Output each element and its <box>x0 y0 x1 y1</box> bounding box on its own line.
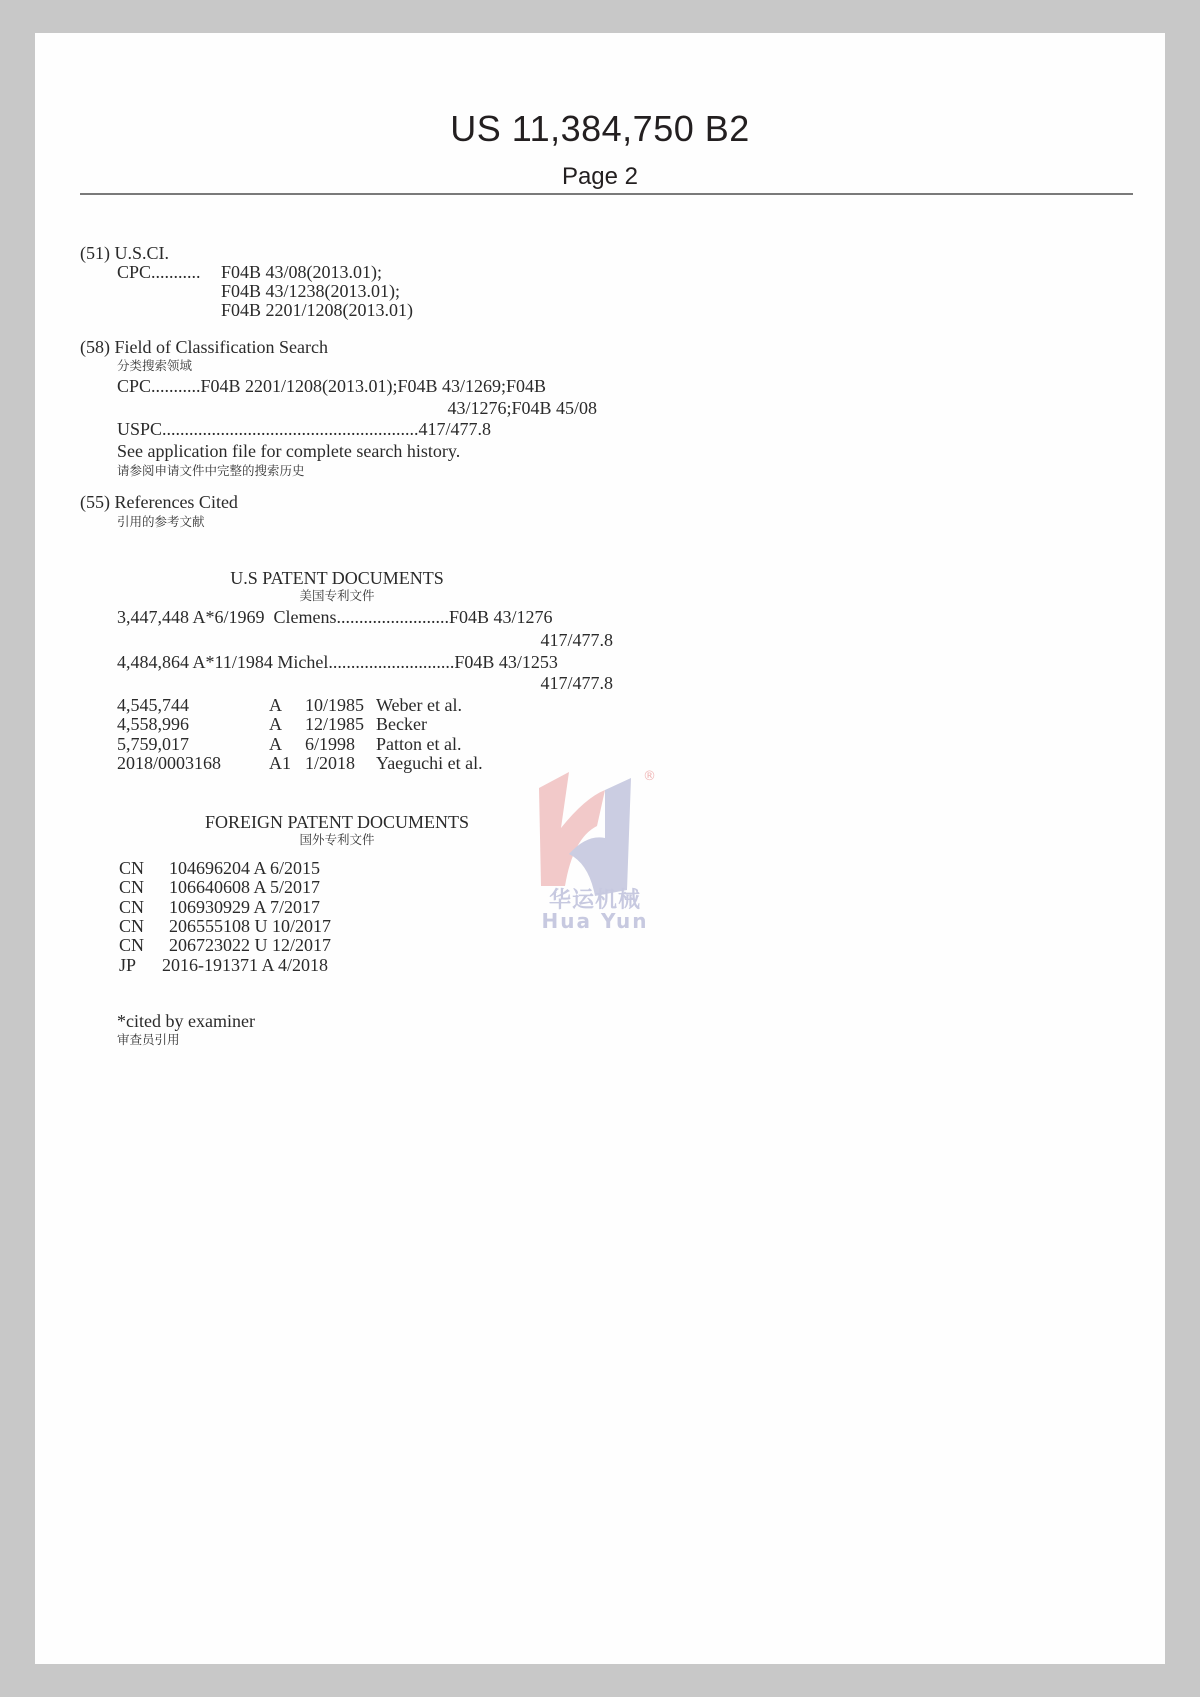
cited-by-examiner-note: *cited by examiner <box>117 1012 255 1031</box>
foreign-patent-doc: 206723022 U 12/2017 <box>155 936 359 955</box>
page-label: Page 2 <box>35 163 1165 191</box>
us-patent-row: 3,447,448 A*6/1969 Clemens..............… <box>117 608 553 627</box>
us-patent-inventor: Patton et al. <box>376 735 461 754</box>
foreign-patent-country: CN <box>119 859 144 878</box>
field-search-uspc: USPC....................................… <box>117 420 491 439</box>
foreign-patent-doc: 106640608 A 5/2017 <box>155 878 359 897</box>
us-patent-date: 12/1985 <box>305 715 364 734</box>
foreign-patent-doc: 2016-191371 A 4/2018 <box>155 956 352 975</box>
us-patents-heading: U.S PATENT DOCUMENTS <box>117 569 557 588</box>
foreign-patent-country: CN <box>119 898 144 917</box>
header-rule <box>80 193 1133 195</box>
foreign-patent-doc: 104696204 A 6/2015 <box>155 859 359 878</box>
patent-number: US 11,384,750 B2 <box>35 108 1165 150</box>
us-patent-date: 6/1998 <box>305 735 355 754</box>
us-patent-row-sub: 417/477.8 <box>117 631 613 650</box>
field-search-heading: (58) Field of Classification Search <box>80 338 328 357</box>
us-patent-kind: A1 <box>269 754 291 773</box>
us-patent-inventor: Yaeguchi et al. <box>376 754 483 773</box>
foreign-patent-country: JP <box>119 956 136 975</box>
foreign-patent-doc: 206555108 U 10/2017 <box>155 917 359 936</box>
references-heading-cn: 引用的参考文献 <box>117 514 205 530</box>
us-cl-entry: F04B 43/1238(2013.01); <box>221 282 400 301</box>
us-cl-entry: F04B 2201/1208(2013.01) <box>221 301 413 320</box>
field-search-heading-cn: 分类搜索领域 <box>117 358 192 374</box>
hua-yun-logo-icon <box>535 768 685 968</box>
field-search-note: See application file for complete search… <box>117 442 460 461</box>
us-patent-inventor: Becker <box>376 715 427 734</box>
foreign-patent-country: CN <box>119 936 144 955</box>
us-patent-number: 5,759,017 <box>117 735 189 754</box>
us-patent-date: 1/2018 <box>305 754 355 773</box>
us-patent-row: 4,484,864 A*11/1984 Michel..............… <box>117 653 558 672</box>
registered-mark: ® <box>643 769 656 784</box>
us-patent-kind: A <box>269 715 282 734</box>
patent-page: US 11,384,750 B2 Page 2 (51) U.S.CI. CPC… <box>35 33 1165 1664</box>
us-patent-row-sub: 417/477.8 <box>117 674 613 693</box>
watermark-name-en: Hua Yun <box>535 909 655 933</box>
us-patent-kind: A <box>269 735 282 754</box>
us-patent-number: 4,545,744 <box>117 696 189 715</box>
us-patent-inventor: Weber et al. <box>376 696 462 715</box>
references-heading: (55) References Cited <box>80 493 238 512</box>
field-search-note-cn: 请参阅申请文件中完整的搜索历史 <box>117 463 305 479</box>
us-cl-heading: (51) U.S.CI. <box>80 244 169 263</box>
foreign-patents-heading: FOREIGN PATENT DOCUMENTS <box>117 813 557 832</box>
us-patent-kind: A <box>269 696 282 715</box>
foreign-patent-country: CN <box>119 878 144 897</box>
field-search-cpc-line1: CPC...........F04B 2201/1208(2013.01);F0… <box>117 377 546 396</box>
field-search-cpc-line2: 43/1276;F04B 45/08 <box>117 399 597 418</box>
cited-by-examiner-note-cn: 审查员引用 <box>117 1032 180 1048</box>
us-patent-number: 2018/0003168 <box>117 754 221 773</box>
us-cl-entry: F04B 43/08(2013.01); <box>221 263 382 282</box>
foreign-patent-country: CN <box>119 917 144 936</box>
us-patents-heading-cn: 美国专利文件 <box>117 588 557 604</box>
foreign-patent-doc: 106930929 A 7/2017 <box>155 898 359 917</box>
foreign-patents-heading-cn: 国外专利文件 <box>117 832 557 848</box>
us-patent-date: 10/1985 <box>305 696 364 715</box>
us-patent-number: 4,558,996 <box>117 715 189 734</box>
us-cl-cpc-label: CPC........... <box>117 263 201 282</box>
